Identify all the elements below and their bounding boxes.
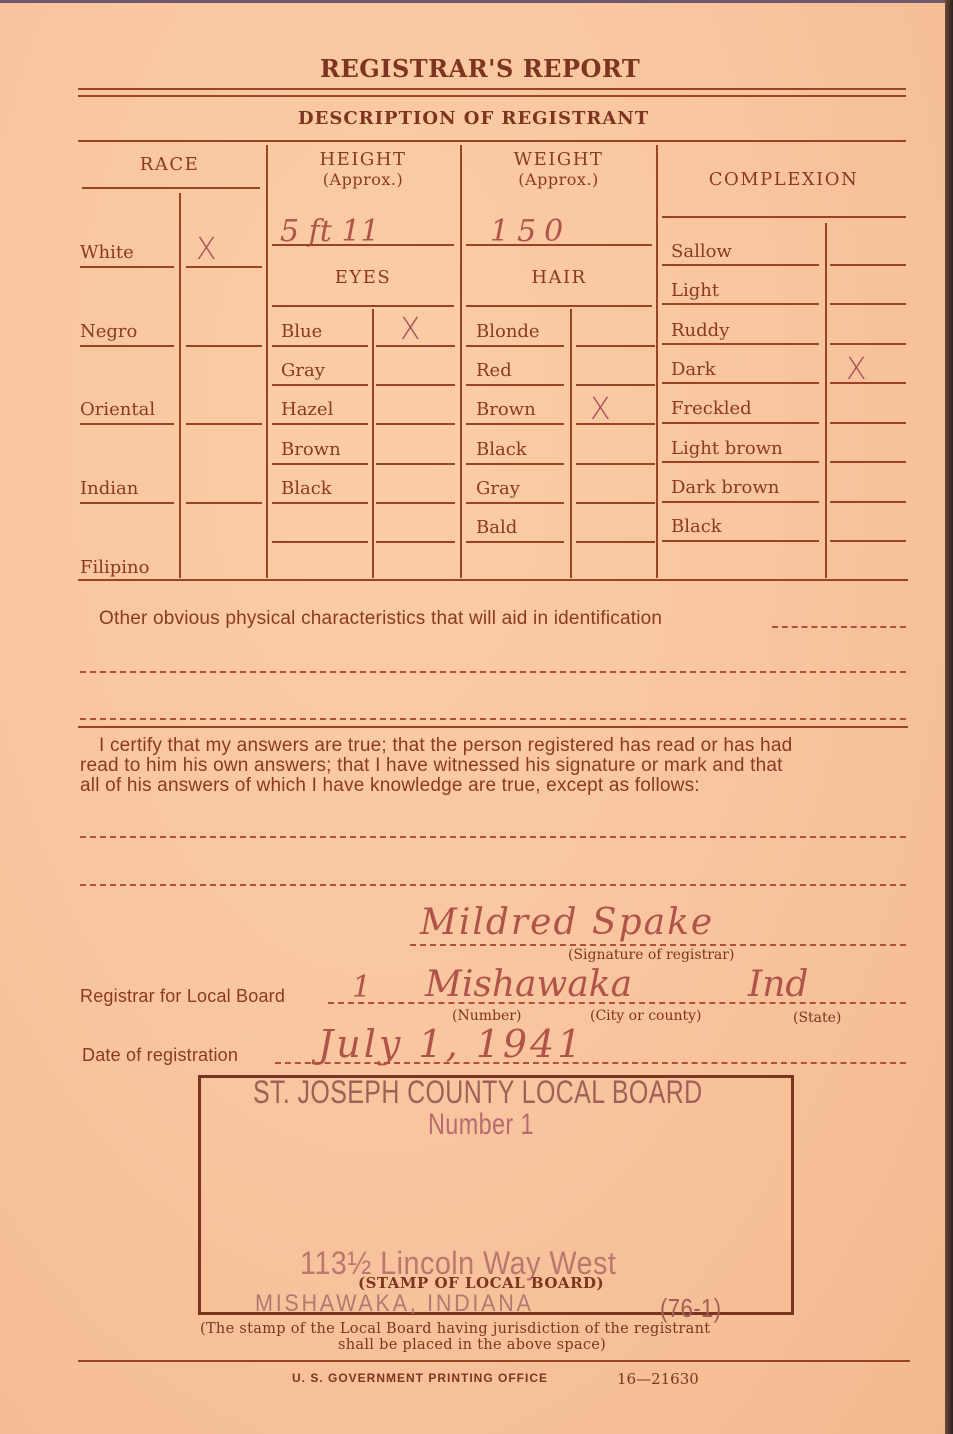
hair-brown-checkmark[interactable]: X <box>590 392 611 427</box>
hair-option-black: Black <box>476 439 527 460</box>
paper-edge-right <box>945 0 953 1434</box>
title-double-rule-bottom <box>78 95 906 97</box>
local-board-state[interactable]: Ind <box>748 964 808 1005</box>
eyes-mark-divider <box>372 309 374 578</box>
race-white-checkmark[interactable]: X <box>196 232 217 267</box>
complexion-header-rule <box>662 216 906 218</box>
race-option-indian: Indian <box>80 478 138 499</box>
eyes-option-hazel: Hazel <box>281 399 333 420</box>
complexion-option-ruddy: Ruddy <box>671 320 729 341</box>
certification-text-line-1: I certify that my answers are true; that… <box>99 736 792 756</box>
stamp-code: (76-1) <box>660 1293 722 1324</box>
paper-edge-top <box>0 0 953 3</box>
race-option-oriental: Oriental <box>80 399 155 420</box>
race-header-rule <box>82 187 260 189</box>
race-header: RACE <box>82 155 257 175</box>
date-of-registration-value[interactable]: July 1, 1941 <box>318 1022 584 1066</box>
race-option-filipino: Filipino <box>80 557 149 578</box>
stamp-line-city: MISHAWAKA, INDIANA <box>255 1290 534 1318</box>
eyes-option-brown: Brown <box>281 439 341 460</box>
height-approx-note: (Approx.) <box>272 170 454 190</box>
other-characteristics-label: Other obvious physical characteristics t… <box>99 609 662 629</box>
page-title: REGISTRAR'S REPORT <box>320 54 640 83</box>
local-board-label: Registrar for Local Board <box>80 986 285 1006</box>
complexion-option-dark: Dark <box>671 359 716 380</box>
signature-caption: (Signature of registrar) <box>568 947 734 963</box>
hair-mark-divider <box>570 309 572 578</box>
hair-option-blonde: Blonde <box>476 321 540 342</box>
local-board-line <box>328 1002 906 1004</box>
complexion-mark-divider <box>825 223 827 578</box>
stamp-instruction-line-2: shall be placed in the above space) <box>338 1337 606 1353</box>
footer-printer: U. S. GOVERNMENT PRINTING OFFICE <box>292 1371 548 1385</box>
table-top-rule <box>78 140 906 142</box>
eyes-option-gray: Gray <box>281 360 325 381</box>
hair-header: HAIR <box>466 268 652 288</box>
exceptions-line-1 <box>80 836 906 838</box>
col-divider-height-weight <box>460 145 462 578</box>
other-characteristics-line-1 <box>772 626 906 628</box>
race-option-negro: Negro <box>80 321 137 342</box>
signature-line <box>410 944 906 946</box>
registrar-signature[interactable]: Mildred Spake <box>420 902 714 943</box>
race-mark-divider <box>179 193 181 578</box>
race-option-white: White <box>80 242 134 263</box>
eyes-option-blue: Blue <box>281 321 322 342</box>
weight-approx-note: (Approx.) <box>466 170 651 190</box>
height-header: HEIGHT (Approx.) <box>272 150 454 190</box>
other-characteristics-line-3 <box>80 718 906 720</box>
complexion-header: COMPLEXION <box>662 170 905 190</box>
weight-label: WEIGHT <box>514 149 604 170</box>
table-bottom-rule <box>78 579 908 581</box>
certification-rule <box>78 726 908 728</box>
stamp-line-board-number: Number 1 <box>428 1108 534 1142</box>
local-board-city[interactable]: Mishawaka <box>425 964 632 1005</box>
date-of-registration-label: Date of registration <box>82 1045 238 1065</box>
hair-option-bald: Bald <box>476 517 517 538</box>
footer-rule <box>78 1360 910 1362</box>
certification-text-line-2: read to him his own answers; that I have… <box>80 756 783 776</box>
eyes-blue-checkmark[interactable]: X <box>400 312 421 347</box>
other-characteristics-line-2 <box>80 671 906 673</box>
hair-option-red: Red <box>476 360 512 381</box>
date-line <box>275 1062 906 1064</box>
col-divider-weight-complexion <box>656 145 658 578</box>
exceptions-line-2 <box>80 884 906 886</box>
local-board-number[interactable]: 1 <box>352 970 371 1005</box>
other-characteristics-field[interactable] <box>80 640 906 720</box>
eyes-header: EYES <box>272 268 454 288</box>
exceptions-field[interactable] <box>80 805 906 885</box>
section-title: DESCRIPTION OF REGISTRANT <box>298 108 649 129</box>
complexion-option-light: Light <box>671 280 719 301</box>
hair-option-gray: Gray <box>476 478 520 499</box>
stamp-instruction-line-1: (The stamp of the Local Board having jur… <box>200 1321 710 1337</box>
certification-text-line-3: all of his answers of which I have knowl… <box>80 776 700 796</box>
complexion-option-light-brown: Light brown <box>671 438 783 459</box>
complexion-option-dark-brown: Dark brown <box>671 477 779 498</box>
complexion-option-black: Black <box>671 516 722 537</box>
height-label: HEIGHT <box>319 149 406 170</box>
hair-option-brown: Brown <box>476 399 536 420</box>
weight-header: WEIGHT (Approx.) <box>466 150 651 190</box>
col-divider-race-height <box>266 145 268 578</box>
local-board-city-caption: (City or county) <box>590 1008 702 1024</box>
title-double-rule-top <box>78 88 906 90</box>
footer-form-number: 16—21630 <box>617 1370 699 1388</box>
local-board-state-caption: (State) <box>793 1010 841 1026</box>
stamp-line-board-name: ST. JOSEPH COUNTY LOCAL BOARD <box>253 1074 703 1111</box>
complexion-option-sallow: Sallow <box>671 241 732 262</box>
eyes-option-black: Black <box>281 478 332 499</box>
complexion-option-freckled: Freckled <box>671 398 752 419</box>
